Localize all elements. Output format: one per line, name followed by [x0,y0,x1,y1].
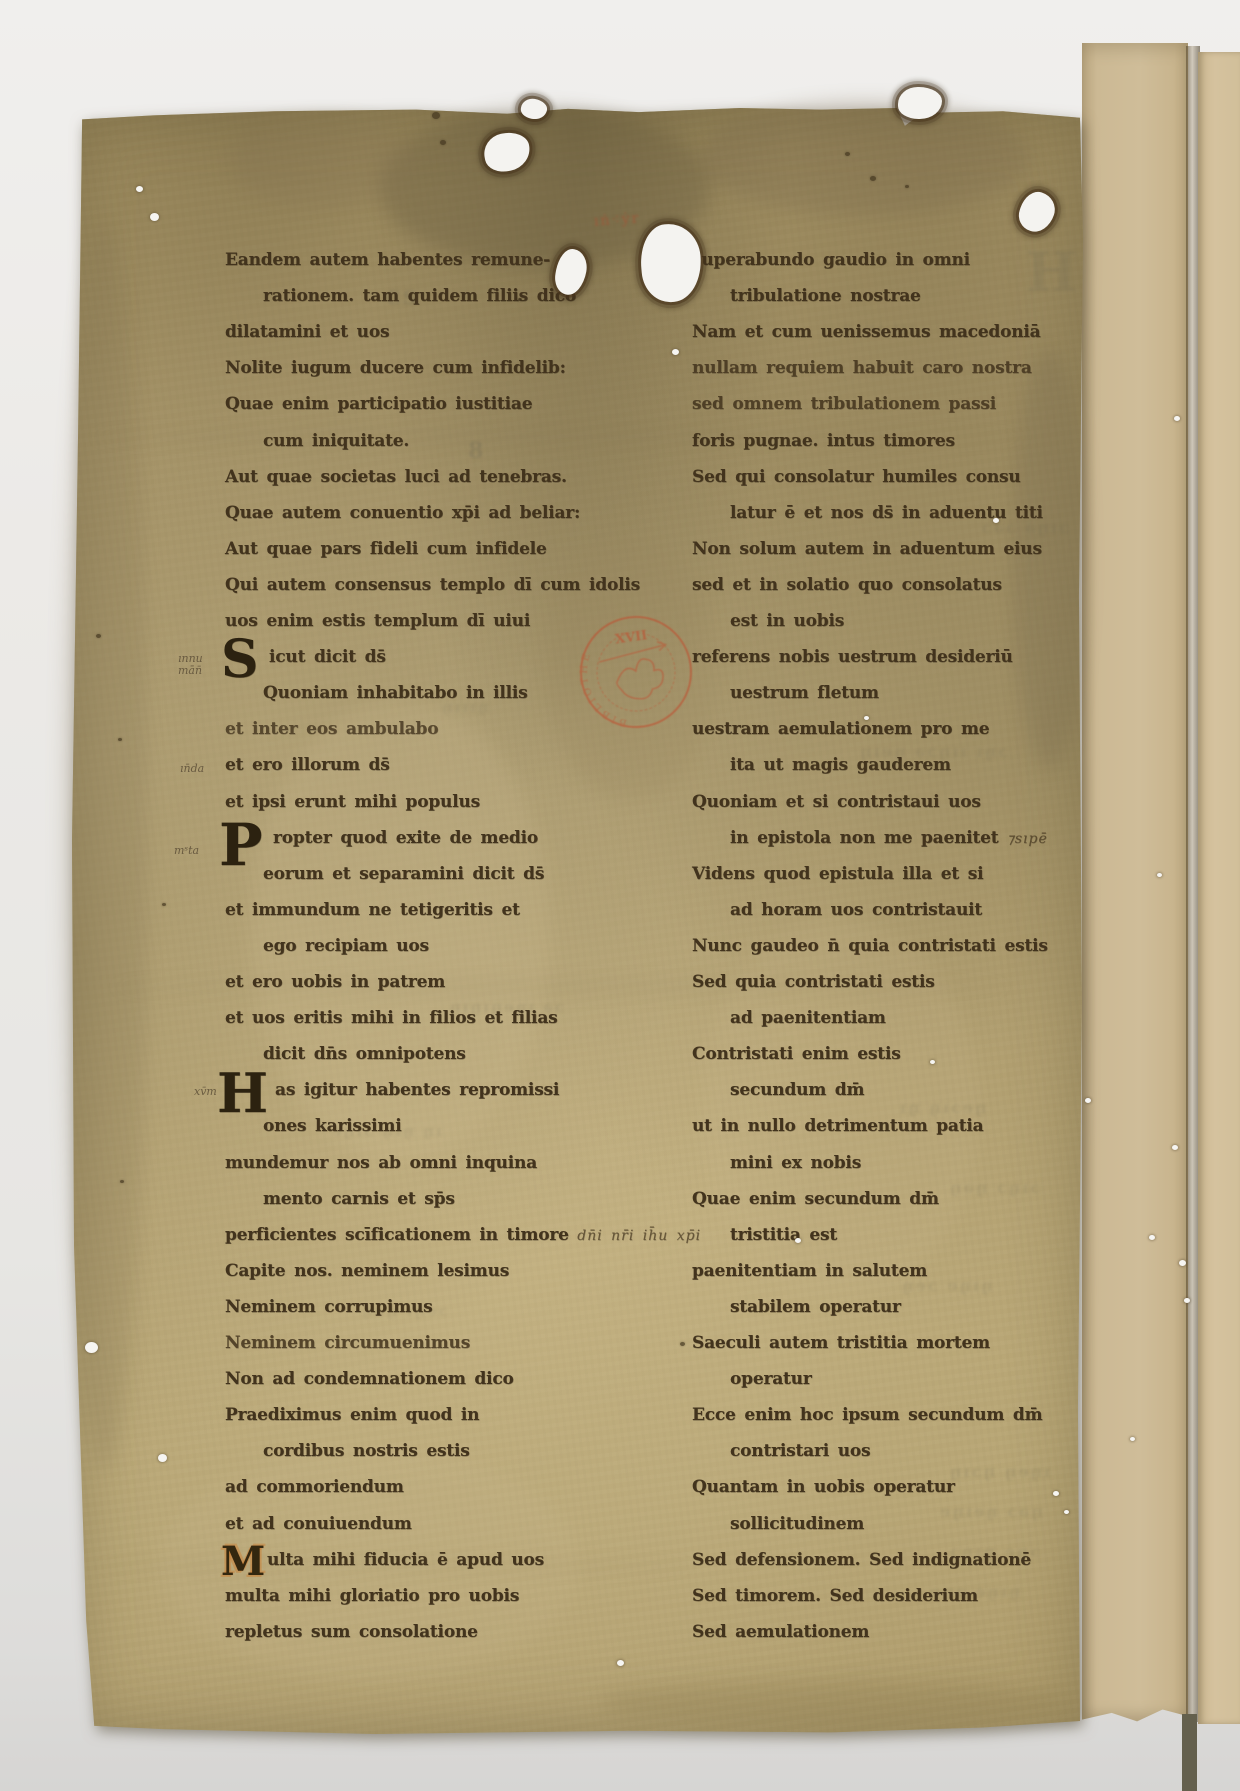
ink-fleck [518,298,522,301]
text-line: tristitia est [692,1225,837,1255]
ink-fleck [120,1180,124,1183]
white-fleck [1130,1437,1135,1441]
text-line: Quantam in uobis operatur [692,1477,955,1507]
ink-fleck [845,152,850,156]
text-line: contristari uos [692,1441,870,1471]
text-line: Non solum autem in aduentum eius [692,539,1042,569]
ink-fleck [96,634,101,638]
white-fleck [1184,1298,1190,1303]
text-line: et ero uobis in patrem [225,972,445,1002]
white-fleck [85,1342,98,1353]
text-line: multa mihi gloriatio pro uobis [225,1586,519,1616]
white-fleck [1172,1145,1178,1150]
white-fleck [1149,1235,1155,1240]
text-line: Sed quia contristati estis [692,972,935,1002]
text-line: mundemur nos ab omni inquina [225,1153,537,1183]
text-line: ego recipiam uos [225,936,429,966]
text-line: Ecce enim hoc ipsum secundum dm̄ [692,1405,1042,1435]
ink-fleck [162,903,166,906]
text-line: Neminem circumuenimus [225,1333,470,1363]
text-line: uestram aemulationem pro me [692,719,989,749]
digitized-manuscript-photo: ƨɔ8ııı ıŋıŋHɔıŋə ɔəɔɔŋı ııŋɔə ŋeıŋŋıııŋɔ… [0,0,1240,1791]
text-line: Non ad condemnationem dico [225,1369,514,1399]
text-line: Sed aemulationem [692,1622,869,1652]
white-fleck [1179,1260,1186,1266]
ink-fleck [118,738,122,741]
text-line: mento carnis et sp̄s [225,1189,455,1219]
text-line: Qui autem consensus templo dī cum idolis [225,575,640,605]
text-line: Nam et cum uenissemus macedoniā [692,322,1040,352]
text-line: Sed qui consolatur humiles consu [692,467,1021,497]
white-fleck [1085,1098,1091,1103]
parchment-stain [62,220,147,1470]
text-line: in epistola non me paenitet ⁊sıpē [692,828,1048,858]
text-line: est in uobis [692,611,844,641]
text-line: ad horam uos contristauit [692,900,982,930]
ink-fleck [432,112,440,119]
text-line: secundum dm̄ [692,1080,864,1110]
text-line: et immundum ne tetigeritis et [225,900,520,930]
white-fleck [1174,416,1180,421]
text-line: sed omnem tribulationem passi [692,394,996,424]
text-line: sed et in solatio quo consolatus [692,575,1002,605]
cursive-addition: dn̄i nr̄i ih̄u xp̄i [569,1228,701,1244]
white-fleck [672,349,679,355]
white-fleck [1157,873,1162,877]
text-line: Videns quod epistula illa et si [692,864,983,894]
text-line: et ero illorum ds̄ [225,755,390,785]
white-fleck [993,518,999,523]
margin-annotation: ınnu mān̄ [178,653,203,677]
margin-annotation: ın̄da [180,763,204,775]
red-ink-remnant: ıṅ⁖ẏr [593,210,640,229]
text-line: et ipsi erunt mihi populus [225,792,480,822]
text-line: Aut quae societas luci ad tenebras. [225,467,567,497]
text-line: ut in nullo detrimentum patia [692,1116,983,1146]
cursive-addition: ⁊sıpē [998,831,1047,847]
text-line: Aut quae pars fideli cum infidele [225,539,547,569]
ink-fleck [870,176,876,181]
text-line: Sicut dicit ds̄ [225,647,386,677]
text-line: ita ut magis gauderem [692,755,951,785]
ink-fleck [680,1342,685,1346]
parchment-stain [230,118,420,208]
parchment-stain [600,1680,1060,1726]
text-line: Quae autem conuentio xp̄i ad beliar: [225,503,580,533]
text-line: paenitentiam in salutem [692,1261,927,1291]
white-fleck [930,1060,935,1064]
white-fleck [136,186,143,192]
text-line: cordibus nostris estis [225,1441,470,1471]
show-through-text: ıŋeŋ ŋɔıŋ [948,1462,1050,1481]
text-line: stabilem operatur [692,1297,901,1327]
text-line: eorum et separamini dicit ds̄ [225,864,544,894]
ink-fleck [905,185,909,188]
decorated-initial: S [221,639,258,681]
white-fleck [795,1238,801,1243]
text-line: rationem. tam quidem filiis dico [225,286,576,316]
text-line: referens nobis uestrum desideriū [692,647,1013,677]
text-line: foris pugnae. intus timores [692,431,955,461]
text-line: Multa mihi fiducia ē apud uos [225,1550,544,1580]
text-line: nullam requiem habuit caro nostra [692,358,1032,388]
text-line: Quoniam et si contristaui uos [692,792,981,822]
white-fleck [1064,1510,1069,1514]
text-line: ones karissimi [225,1116,401,1146]
text-line: repletus sum consolatione [225,1622,478,1652]
text-line: Capite nos. neminem lesimus [225,1261,509,1291]
text-line: perficientes scīficationem in timore dn̄… [225,1225,701,1255]
text-line: Eandem autem habentes remune- [225,250,550,280]
text-line: cum iniquitate. [225,431,409,461]
text-line: Nolite iugum ducere cum infidelib: [225,358,566,388]
text-line: tribulatione nostrae [692,286,921,316]
margin-annotation: mˢta [174,845,199,857]
text-line: superabundo gaudio in omni [692,250,970,280]
text-line: sollicitudinem [692,1514,864,1544]
white-fleck [1053,1491,1059,1496]
text-line: ad paenitentiam [692,1008,886,1038]
text-line: Contristati enim estis [692,1044,901,1074]
text-line: Quae enim participatio iustitiae [225,394,532,424]
text-line: dilatamini et uos [225,322,389,352]
show-through-text: 8 [466,438,483,464]
text-line: Sed defensionem. Sed indignationē [692,1550,1031,1580]
white-fleck [617,1660,624,1666]
decorated-initial: H [217,1072,268,1115]
text-line: ad commoriendum [225,1477,404,1507]
decorated-initial: M [221,1546,265,1578]
white-fleck [864,716,869,720]
text-line: uos enim estis templum dī uiui [225,611,530,641]
red-library-stamp: XVII B I B L I O T H E [563,599,710,746]
text-line: Has igitur habentes repromissi [225,1080,559,1110]
text-line: Praediximus enim quod in [225,1405,479,1435]
text-line: Propter quod exite de medio [225,828,538,858]
text-line: Neminem corrupimus [225,1297,433,1327]
text-line: Quae enim secundum dm̄ [692,1189,939,1219]
text-line: Sed timorem. Sed desiderium [692,1586,978,1616]
show-through-text: H [1024,240,1077,304]
decorated-initial: P [219,822,262,868]
text-line: et uos eritis mihi in filios et filias [225,1008,558,1038]
parchment-stain [700,100,1030,215]
text-line: Nunc gaudeo n̄ quia contristati estis [692,936,1048,966]
margin-annotation: xv̄m [194,1086,217,1098]
text-line: Saeculi autem tristitia mortem [692,1333,990,1363]
stamp-number: XVII [614,628,648,647]
text-line: uestrum fletum [692,683,879,713]
text-line: operatur [692,1369,812,1399]
show-through-text: ŋeɔıŋ ŋı [898,1098,987,1117]
white-fleck [150,213,159,221]
ink-fleck [440,140,446,145]
text-line: Quoniam inhabitabo in illis [225,683,528,713]
text-line: mini ex nobis [692,1153,861,1183]
white-fleck [158,1454,167,1462]
text-line: latur ē et nos ds̄ in aduentu titi [692,503,1043,533]
text-line: et inter eos ambulabo [225,719,438,749]
show-through-text: ɔıŋɔ ŋəŋ [948,1178,1040,1197]
stamp-center-figure [614,657,666,702]
